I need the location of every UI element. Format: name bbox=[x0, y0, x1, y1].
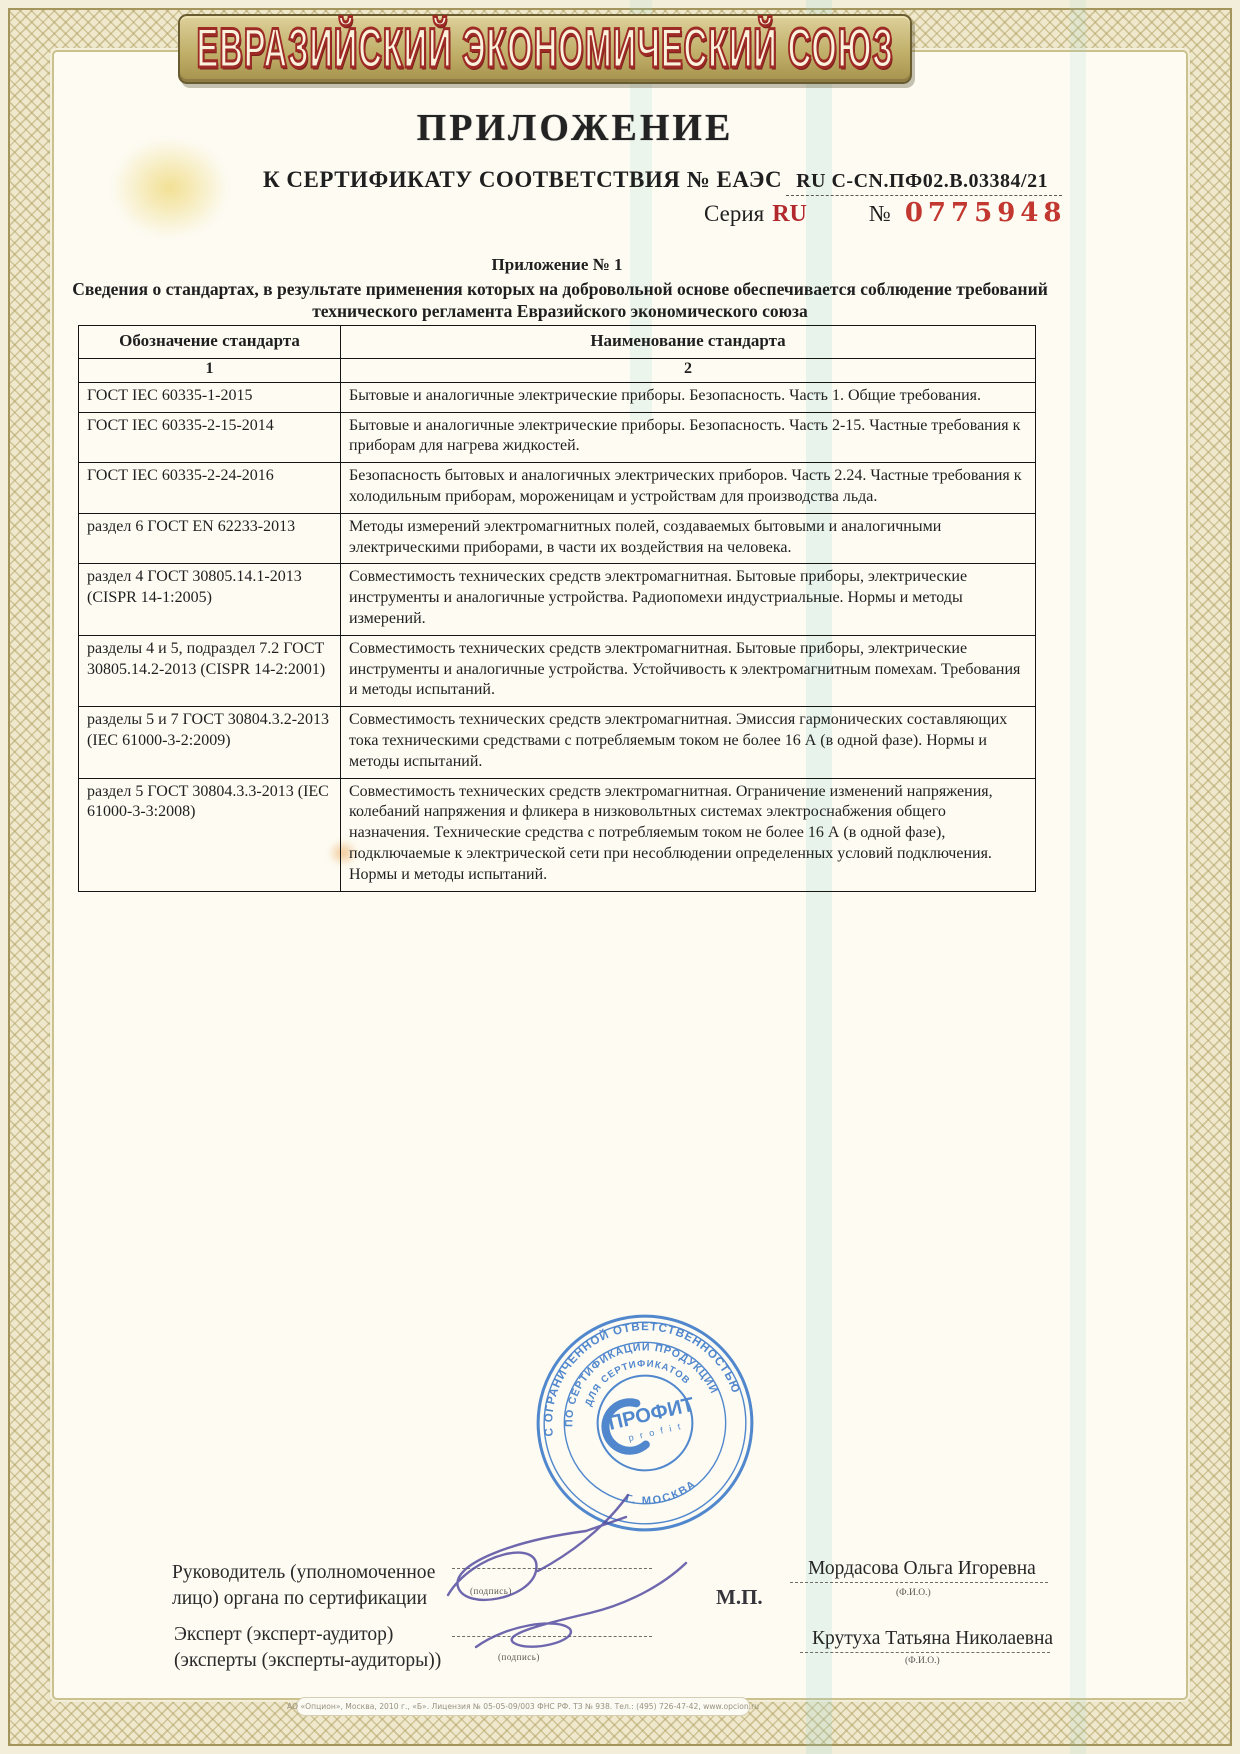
head-name-line bbox=[790, 1582, 1048, 1583]
standard-designation-cell: ГОСТ IEC 60335-2-24-2016 bbox=[79, 463, 341, 514]
expert-label-line2: (эксперты (эксперты-аудиторы)) bbox=[174, 1648, 441, 1674]
standard-designation-cell: ГОСТ IEC 60335-2-15-2014 bbox=[79, 412, 341, 463]
certificate-page: ЕВРАЗИЙСКИЙ ЭКОНОМИЧЕСКИЙ СОЮЗ ПРИЛОЖЕНИ… bbox=[0, 0, 1240, 1754]
handwritten-signatures bbox=[418, 1475, 748, 1695]
standard-designation-cell: раздел 4 ГОСТ 30805.14.1-2013 (CISPR 14-… bbox=[79, 564, 341, 635]
expert-name-caption: (Ф.И.О.) bbox=[905, 1656, 940, 1666]
blank-number: 0775948 bbox=[905, 198, 1067, 228]
table-row: ГОСТ IEC 60335-2-24-2016 Безопасность бы… bbox=[79, 463, 1036, 514]
table-row: раздел 5 ГОСТ 30804.3.3-2013 (IEC 61000-… bbox=[79, 778, 1036, 891]
standard-name-cell: Совместимость технических средств электр… bbox=[341, 564, 1036, 635]
standard-designation-cell: раздел 6 ГОСТ EN 62233-2013 bbox=[79, 513, 341, 564]
head-name: Мордасова Ольга Игоревна bbox=[808, 1558, 1036, 1580]
printer-info-pill: АО «Опцион», Москва, 2010 г., «Б». Лицен… bbox=[296, 1697, 750, 1716]
certificate-line: К СЕРТИФИКАТУ СООТВЕТСТВИЯ № ЕАЭС RU C-C… bbox=[263, 167, 1062, 196]
table-row: ГОСТ IEC 60335-1-2015 Бытовые и аналогич… bbox=[79, 382, 1036, 412]
series-label: Серия bbox=[704, 201, 764, 226]
standard-name-cell: Совместимость технических средств электр… bbox=[341, 778, 1036, 891]
standard-name-cell: Совместимость технических средств электр… bbox=[341, 635, 1036, 706]
series-value: RU bbox=[772, 201, 807, 227]
printer-info-text: АО «Опцион», Москва, 2010 г., «Б». Лицен… bbox=[287, 1702, 759, 1711]
standard-name-cell: Совместимость технических средств электр… bbox=[341, 707, 1036, 778]
table-header-row: Обозначение стандарта Наименование станд… bbox=[79, 326, 1036, 359]
standard-designation-cell: ГОСТ IEC 60335-1-2015 bbox=[79, 382, 341, 412]
standard-name-cell: Бытовые и аналогичные электрические приб… bbox=[341, 412, 1036, 463]
column-header-name: Наименование стандарта bbox=[341, 326, 1036, 359]
table-index-row: 1 2 bbox=[79, 359, 1036, 383]
number-sign: № bbox=[869, 201, 891, 226]
series-line: СерияRU№0775948 bbox=[704, 198, 1066, 228]
table-row: раздел 6 ГОСТ EN 62233-2013 Методы измер… bbox=[79, 513, 1036, 564]
eaeu-banner-title: ЕВРАЗИЙСКИЙ ЭКОНОМИЧЕСКИЙ СОЮЗ bbox=[196, 18, 893, 80]
certificate-number: RU C-CN.ПФ02.В.03384/21 bbox=[786, 170, 1062, 196]
standard-name-cell: Бытовые и аналогичные электрические приб… bbox=[341, 382, 1036, 412]
annex-description: Сведения о стандартах, в результате прим… bbox=[40, 278, 1080, 323]
standard-name-cell: Методы измерений электромагнитных полей,… bbox=[341, 513, 1036, 564]
standard-designation-cell: разделы 4 и 5, подраздел 7.2 ГОСТ 30805.… bbox=[79, 635, 341, 706]
certificate-label: К СЕРТИФИКАТУ СООТВЕТСТВИЯ № ЕАЭС bbox=[263, 167, 782, 192]
table-row: ГОСТ IEC 60335-2-15-2014 Бытовые и анало… bbox=[79, 412, 1036, 463]
standard-designation-cell: раздел 5 ГОСТ 30804.3.3-2013 (IEC 61000-… bbox=[79, 778, 341, 891]
column-index-2: 2 bbox=[341, 359, 1036, 383]
column-index-1: 1 bbox=[79, 359, 341, 383]
eaeu-banner: ЕВРАЗИЙСКИЙ ЭКОНОМИЧЕСКИЙ СОЮЗ bbox=[178, 14, 912, 84]
standards-table: Обозначение стандарта Наименование станд… bbox=[78, 325, 1036, 892]
annex-title: Приложение № 1 bbox=[78, 255, 1036, 275]
expert-label-line1: Эксперт (эксперт-аудитор) bbox=[174, 1622, 393, 1648]
table-row: разделы 4 и 5, подраздел 7.2 ГОСТ 30805.… bbox=[79, 635, 1036, 706]
head-name-caption: (Ф.И.О.) bbox=[896, 1588, 931, 1598]
standard-name-cell: Безопасность бытовых и аналогичных элект… bbox=[341, 463, 1036, 514]
expert-name: Крутуха Татьяна Николаевна bbox=[812, 1628, 1053, 1650]
expert-name-line bbox=[800, 1652, 1050, 1653]
document-title: ПРИЛОЖЕНИЕ bbox=[0, 106, 1150, 150]
column-header-designation: Обозначение стандарта bbox=[79, 326, 341, 359]
standard-designation-cell: разделы 5 и 7 ГОСТ 30804.3.2-2013 (IEC 6… bbox=[79, 707, 341, 778]
table-row: раздел 4 ГОСТ 30805.14.1-2013 (CISPR 14-… bbox=[79, 564, 1036, 635]
table-row: разделы 5 и 7 ГОСТ 30804.3.2-2013 (IEC 6… bbox=[79, 707, 1036, 778]
